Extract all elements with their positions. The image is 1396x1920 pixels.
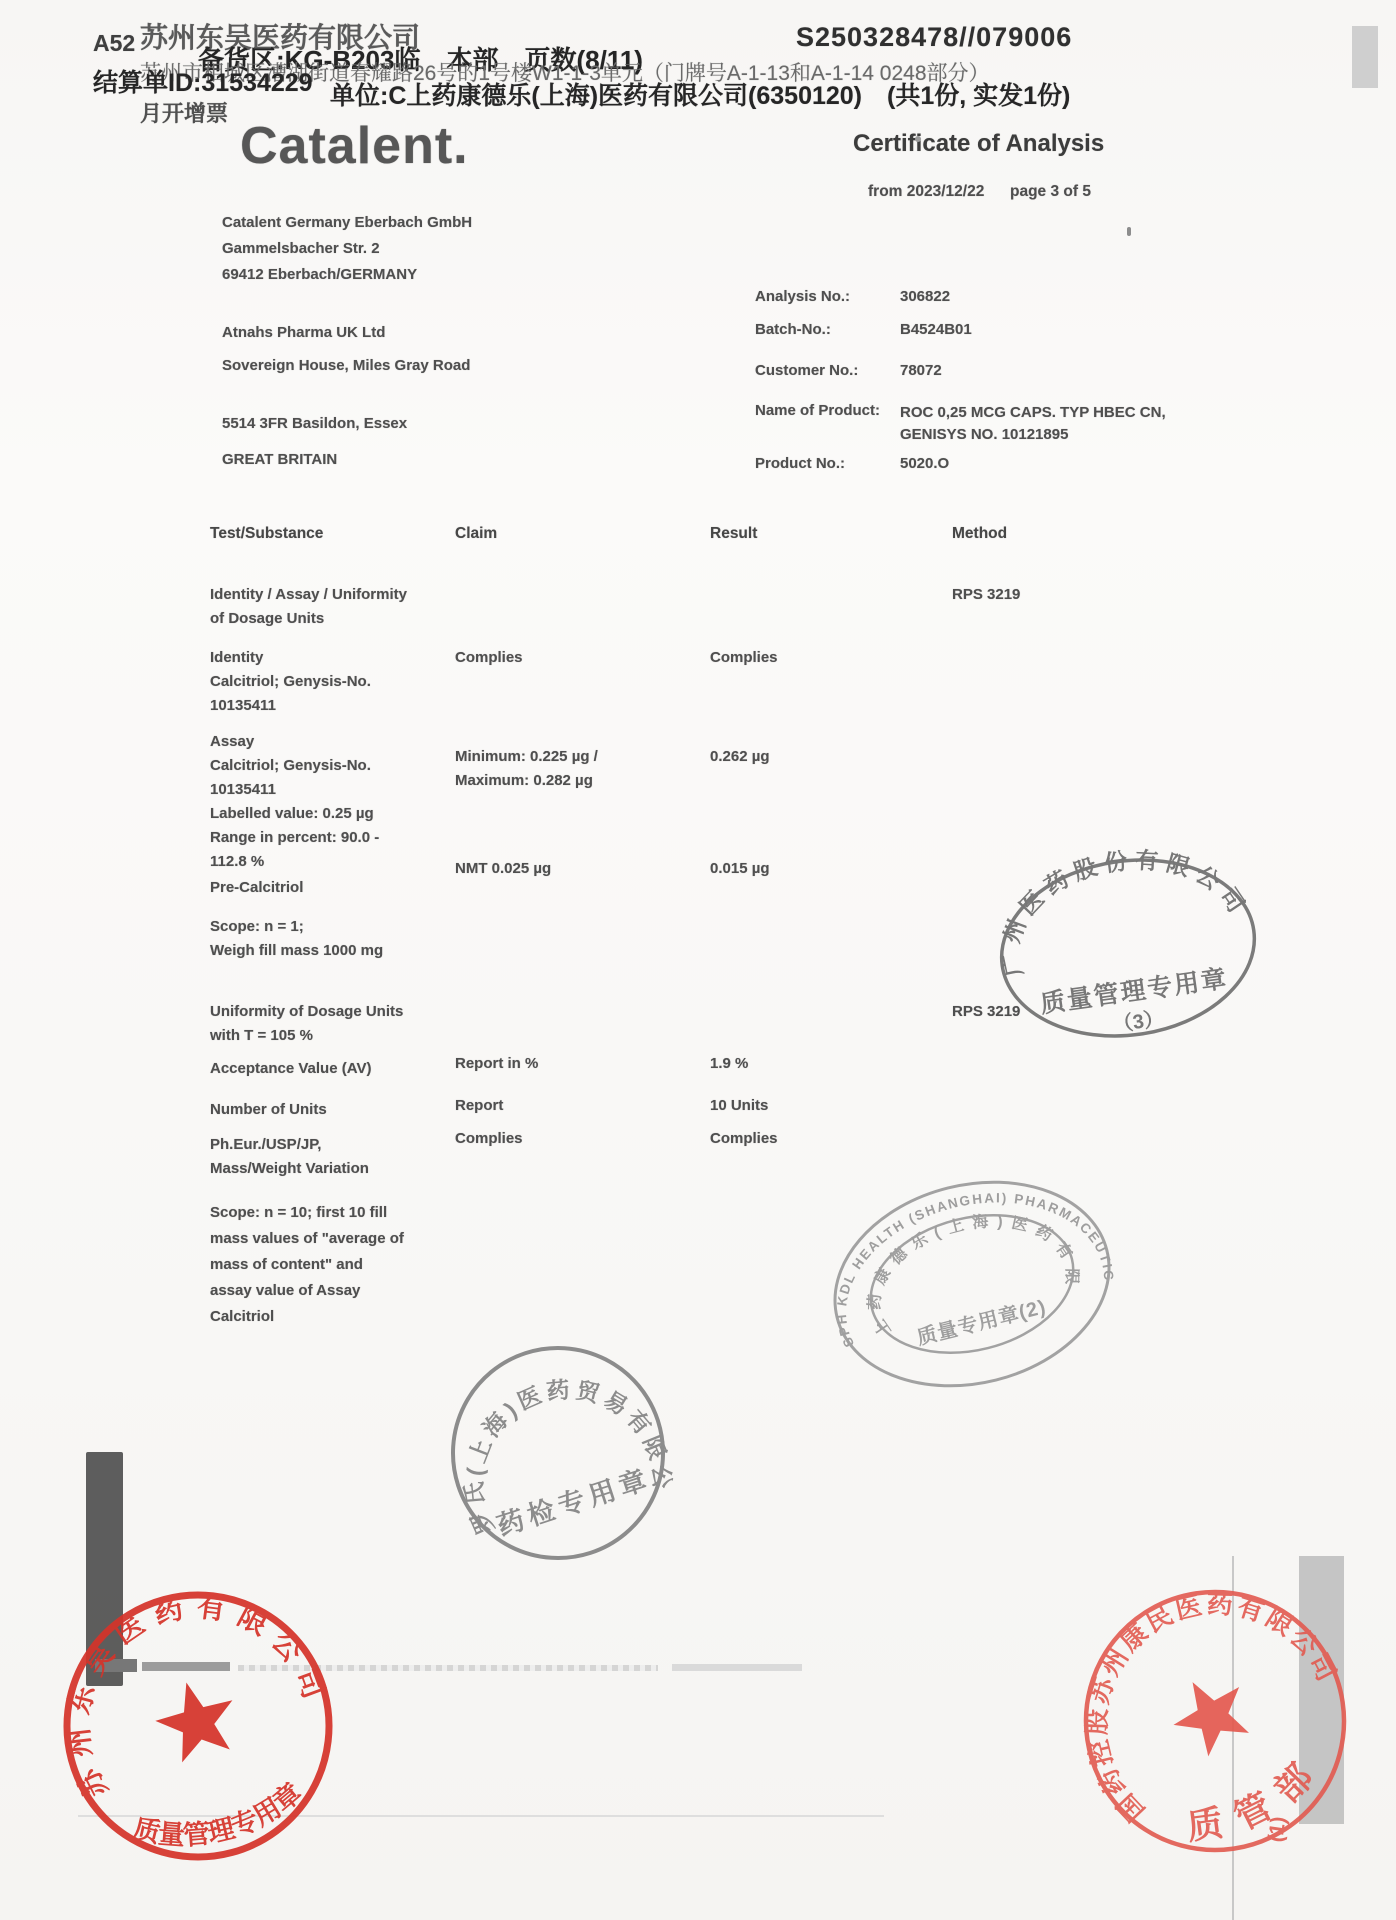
cell-result: 0.015 µg xyxy=(710,857,935,881)
stamp-inner-arc-text: 上药康德乐(上海)医药有限公司 xyxy=(812,1166,1087,1355)
scan-smudge xyxy=(95,1659,137,1672)
stamp-bottom-text: 药检专用章 xyxy=(493,1463,655,1542)
manufacturer-address: Catalent Germany Eberbach GmbH Gammelsba… xyxy=(222,210,472,288)
star-icon xyxy=(1160,1663,1262,1763)
customer-line: GREAT BRITAIN xyxy=(222,442,407,478)
scan-smudge xyxy=(672,1664,802,1671)
manufacturer-line: 69412 Eberbach/GERMANY xyxy=(222,262,472,288)
scan-speck xyxy=(915,136,921,142)
scan-smudge-fine-print xyxy=(238,1665,658,1671)
cell-result: 1.9 % xyxy=(710,1052,935,1076)
stamp-bottom-text: 质量管理专用章 xyxy=(123,1769,314,1869)
info-value: B4524B01 xyxy=(900,321,1200,338)
cell-claim: Report in % xyxy=(455,1052,690,1076)
column-header-test: Test/Substance xyxy=(210,525,323,543)
catalent-logo: Catalent. xyxy=(240,116,469,176)
svg-text:上药康德乐(上海)医药有限公司: 上药康德乐(上海)医药有限公司 xyxy=(812,1166,1087,1355)
svg-text:罗氏(上海)医药贸易有限公司: 罗氏(上海)医药贸易有限公司 xyxy=(428,1328,682,1565)
customer-address-top: Atnahs Pharma UK Ltd Sovereign House, Mi… xyxy=(222,316,470,382)
manufacturer-line: Gammelsbacher Str. 2 xyxy=(222,236,472,262)
info-value: 78072 xyxy=(900,362,1200,379)
customer-line: 5514 3FR Basildon, Essex xyxy=(222,406,407,442)
document-page: A52 苏州东吴医药有限公司 S250328478//079006 备货区:KG… xyxy=(0,0,1396,1920)
info-label: Batch-No.: xyxy=(755,321,905,338)
cell-test: Number of Units xyxy=(210,1098,465,1122)
scan-artifact-top-right xyxy=(1352,26,1378,88)
coa-date: from 2023/12/22 xyxy=(868,183,984,201)
scan-smudge xyxy=(142,1662,230,1671)
scan-artifact-left-bar xyxy=(86,1452,123,1686)
page-title: Certificate of Analysis xyxy=(853,130,1104,158)
overlay-invoice-note: 月开增票 xyxy=(140,97,228,128)
info-value: ROC 0,25 MCG CAPS. TYP HBEC CN, GENISYS … xyxy=(900,402,1200,446)
info-label: Product No.: xyxy=(755,455,905,472)
cell-test: Acceptance Value (AV) xyxy=(210,1057,465,1081)
cell-test: Identity Calcitriol; Genysis-No. 1013541… xyxy=(210,646,465,718)
stamp-roche-circle: 罗氏(上海)医药贸易有限公司 药检专用章 xyxy=(428,1328,688,1588)
column-header-claim: Claim xyxy=(455,525,497,543)
scan-artifact-vertical-line xyxy=(1232,1556,1234,1920)
stamp-circle-border xyxy=(428,1328,688,1585)
cell-claim: Minimum: 0.225 µg / Maximum: 0.282 µg xyxy=(455,745,690,793)
customer-address-bottom: 5514 3FR Basildon, Essex GREAT BRITAIN xyxy=(222,406,407,478)
svg-text:质量管理专用章: 质量管理专用章 xyxy=(123,1769,314,1869)
cell-claim: Complies xyxy=(455,646,690,670)
cell-test: Assay Calcitriol; Genysis-No. 10135411 L… xyxy=(210,730,465,874)
overlay-serial-number: S250328478//079006 xyxy=(796,22,1072,53)
scan-speck xyxy=(1127,227,1131,236)
info-value: 306822 xyxy=(900,288,1200,305)
cell-test: Pre-Calcitriol xyxy=(210,876,465,900)
overlay-code: A52 xyxy=(93,30,135,57)
stamp-outer-arc-text: SPH KDL HEALTH (SHANGHAI) PHARMACEUTICAL… xyxy=(812,1166,1119,1356)
overlay-unit-line: 单位:C上药康德乐(上海)医药有限公司(6350120) (共1份, 实发1份) xyxy=(330,76,1070,112)
overlay-settlement-id: 结算单ID:31534229 xyxy=(93,63,313,99)
column-header-result: Result xyxy=(710,525,757,543)
customer-line: Atnahs Pharma UK Ltd xyxy=(222,316,470,349)
stamp-center-text: 质量专用章(2) xyxy=(914,1294,1048,1349)
cell-claim: Complies xyxy=(455,1127,690,1151)
stamp-arc-text: 罗氏(上海)医药贸易有限公司 xyxy=(428,1328,682,1565)
cell-claim: Report xyxy=(455,1094,690,1118)
info-value: 5020.O xyxy=(900,455,1200,472)
cell-test: Uniformity of Dosage Units with T = 105 … xyxy=(210,1000,465,1048)
info-label: Analysis No.: xyxy=(755,288,905,305)
cell-result: Complies xyxy=(710,646,935,670)
scan-artifact-right-bar xyxy=(1299,1556,1344,1824)
svg-text:广州医药股份有限公司: 广州医药股份有限公司 xyxy=(985,843,1257,979)
stamp-arc-text: 广州医药股份有限公司 xyxy=(985,843,1257,979)
cell-method: RPS 3219 xyxy=(952,583,1162,607)
cell-test: Identity / Assay / Uniformity of Dosage … xyxy=(210,583,465,631)
cell-test: Ph.Eur./USP/JP, Mass/Weight Variation xyxy=(210,1133,465,1181)
cell-test: Scope: n = 1; Weigh fill mass 1000 mg xyxy=(210,915,465,963)
cell-claim: NMT 0.025 µg xyxy=(455,857,690,881)
stamp-inner-oval-border xyxy=(856,1195,1088,1373)
stamp-number-text: (1) xyxy=(1264,1815,1290,1844)
cell-result: Complies xyxy=(710,1127,935,1151)
stamp-sph-kdl-oval: SPH KDL HEALTH (SHANGHAI) PHARMACEUTICAL… xyxy=(812,1166,1132,1406)
cell-result: 10 Units xyxy=(710,1094,935,1118)
scan-artifact-horizontal-line xyxy=(78,1815,884,1817)
customer-line: Sovereign House, Miles Gray Road xyxy=(222,349,470,382)
manufacturer-line: Catalent Germany Eberbach GmbH xyxy=(222,210,472,236)
stamp-outer-oval-border xyxy=(813,1166,1131,1406)
cell-test: Scope: n = 10; first 10 fill mass values… xyxy=(210,1200,465,1330)
info-label: Customer No.: xyxy=(755,362,905,379)
info-label: Name of Product: xyxy=(755,402,905,419)
cell-method: RPS 3219 xyxy=(952,1000,1162,1024)
column-header-method: Method xyxy=(952,525,1007,543)
star-icon xyxy=(148,1672,245,1766)
coa-page-number: page 3 of 5 xyxy=(1010,183,1091,201)
stamp-guangzhou-oval: 广州医药股份有限公司 质量管理专用章 （3） xyxy=(983,843,1283,1063)
cell-result: 0.262 µg xyxy=(710,745,935,769)
svg-text:SPH KDL HEALTH (SHANGHAI) PHAR: SPH KDL HEALTH (SHANGHAI) PHARMACEUTICAL… xyxy=(812,1166,1119,1356)
